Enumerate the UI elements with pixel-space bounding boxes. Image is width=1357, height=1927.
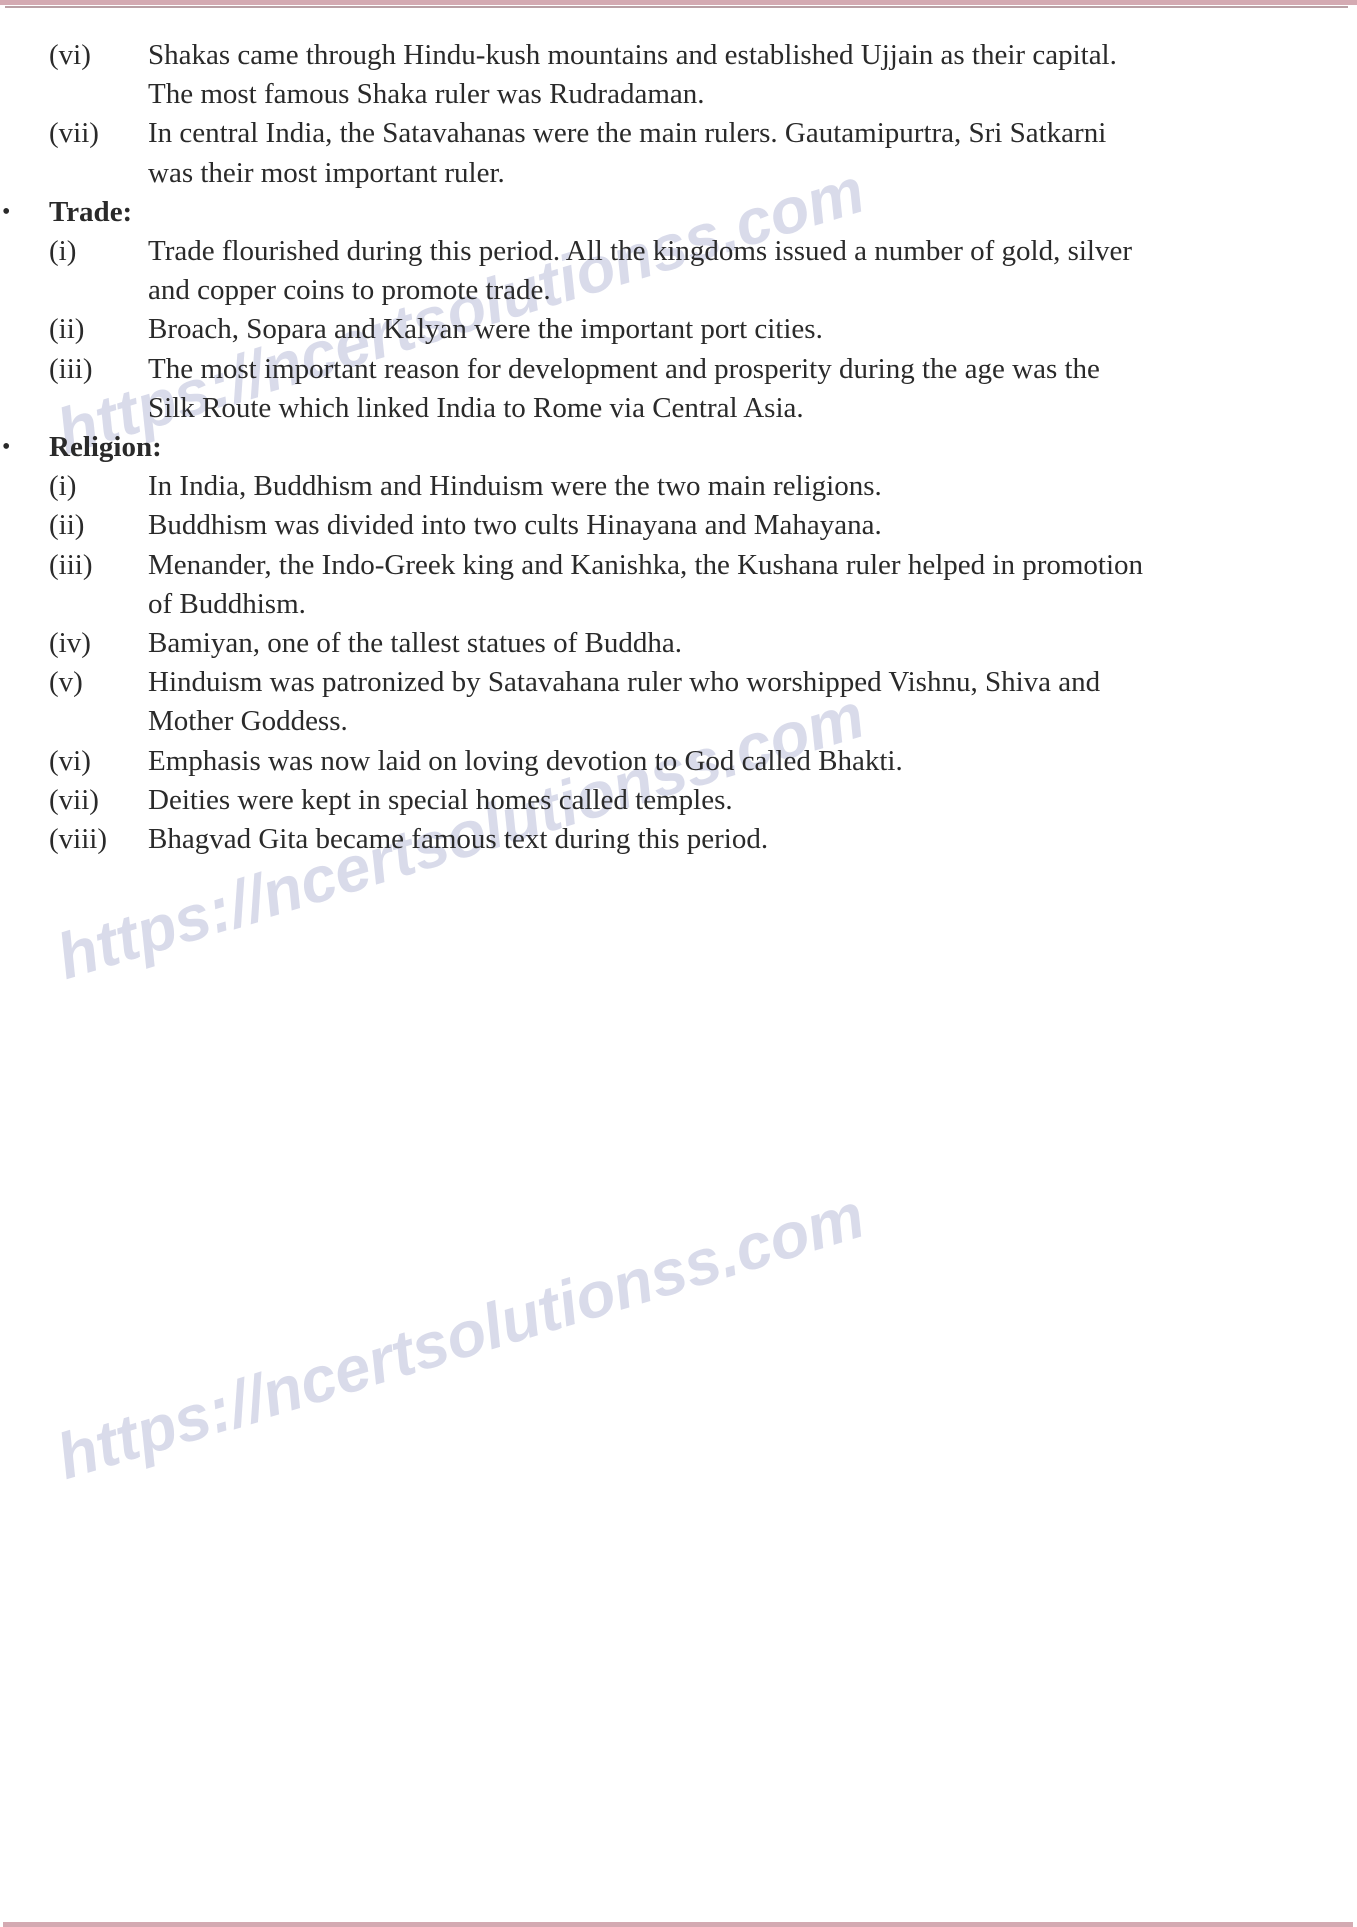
list-item-text: and copper coins to promote trade. <box>148 271 551 310</box>
list-item-number: (v) <box>49 663 83 702</box>
page-top-rule <box>5 6 1348 8</box>
list-item-number: (iv) <box>49 624 91 663</box>
list-item-number: (vi) <box>49 36 91 75</box>
list-item-text: Mother Goddess. <box>148 702 348 741</box>
list-item-text: In central India, the Satavahanas were t… <box>148 114 1106 153</box>
list-item-number: (ii) <box>49 310 84 349</box>
bullet-icon: • <box>2 428 10 467</box>
section-heading: Trade: <box>49 193 132 232</box>
list-item-text: Broach, Sopara and Kalyan were the impor… <box>148 310 823 349</box>
list-item-text: was their most important ruler. <box>148 154 505 193</box>
list-item-text: In India, Buddhism and Hinduism were the… <box>148 467 882 506</box>
list-item-number: (i) <box>49 232 76 271</box>
list-item-text: of Buddhism. <box>148 585 306 624</box>
page-bottom-border <box>3 1922 1353 1927</box>
list-item-text: Silk Route which linked India to Rome vi… <box>148 389 804 428</box>
list-item-number: (iii) <box>49 350 93 389</box>
list-item-number: (vi) <box>49 742 91 781</box>
list-item-text: Trade flourished during this period. All… <box>148 232 1132 271</box>
list-item-text: Buddhism was divided into two cults Hina… <box>148 506 882 545</box>
list-item-number: (vii) <box>49 114 99 153</box>
page-top-border <box>0 0 1357 5</box>
list-item-text: Bhagvad Gita became famous text during t… <box>148 820 768 859</box>
section-heading: Religion: <box>49 428 162 467</box>
watermark-text: https://ncertsolutionss.com <box>48 1178 872 1494</box>
list-item-text: The most famous Shaka ruler was Rudradam… <box>148 75 705 114</box>
list-item-text: Bamiyan, one of the tallest statues of B… <box>148 624 682 663</box>
list-item-number: (iii) <box>49 546 93 585</box>
bullet-icon: • <box>2 193 10 232</box>
list-item-number: (ii) <box>49 506 84 545</box>
list-item-text: Emphasis was now laid on loving devotion… <box>148 742 903 781</box>
list-item-text: Deities were kept in special homes calle… <box>148 781 733 820</box>
list-item-number: (i) <box>49 467 76 506</box>
list-item-text: The most important reason for developmen… <box>148 350 1100 389</box>
list-item-number: (viii) <box>49 820 107 859</box>
list-item-text: Menander, the Indo-Greek king and Kanish… <box>148 546 1143 585</box>
list-item-text: Hinduism was patronized by Satavahana ru… <box>148 663 1100 702</box>
list-item-number: (vii) <box>49 781 99 820</box>
list-item-text: Shakas came through Hindu-kush mountains… <box>148 36 1117 75</box>
